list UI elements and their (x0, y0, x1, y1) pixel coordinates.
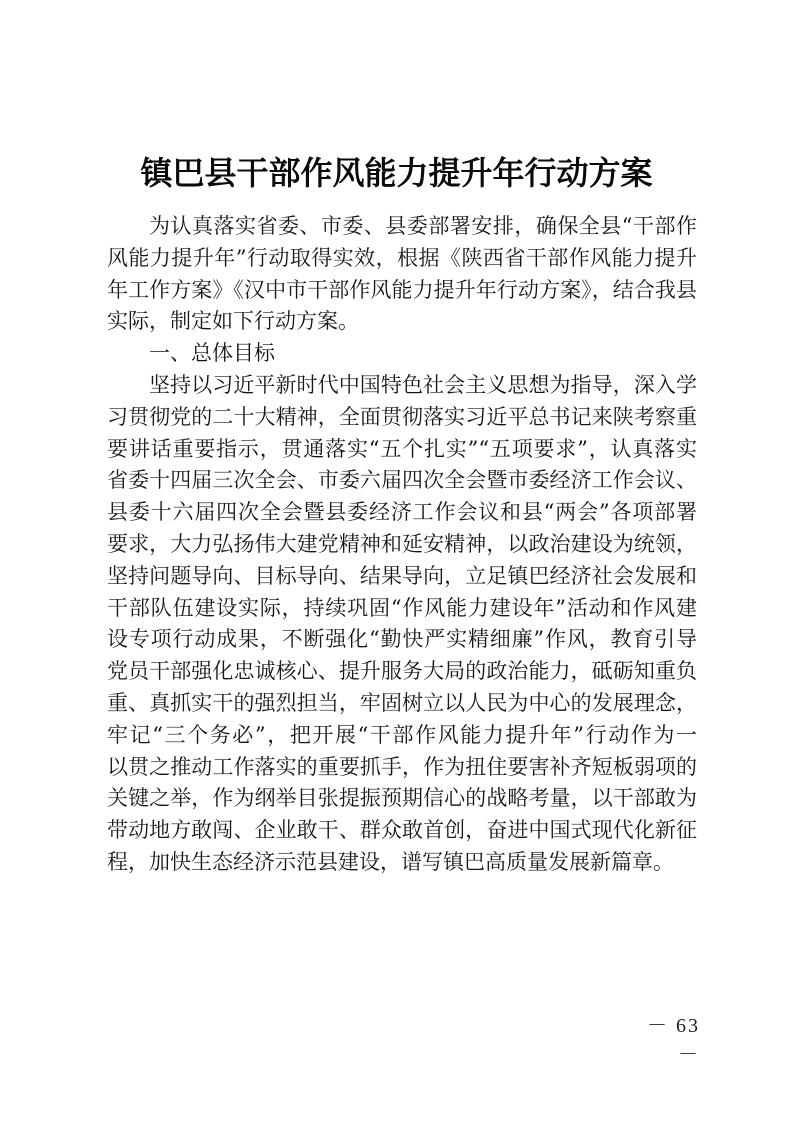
page-number: － 63 － (620, 1009, 700, 1067)
intro-line: 为认真落实省委、市委、县委部署安排，确保全县“干部作 (107, 211, 697, 243)
paragraph-line: 要讲话重要指示，贯通落实“五个扎实”“五项要求”，认真落实 (107, 434, 697, 466)
paragraph-line: 设专项行动成果，不断强化“勤快严实精细廉”作风，教育引导 (107, 624, 697, 656)
document-body: 为认真落实省委、市委、县委部署安排，确保全县“干部作 风能力提升年”行动取得实效… (107, 211, 697, 879)
paragraph-line: 党员干部强化忠诚核心、提升服务大局的政治能力，砥砺知重负 (107, 656, 697, 688)
paragraph-line: 带动地方敢闯、企业敢干、群众敢首创，奋进中国式现代化新征 (107, 815, 697, 847)
paragraph-line: 省委十四届三次全会、市委六届四次全会暨市委经济工作会议、 (107, 465, 697, 497)
section-heading: 一、总体目标 (107, 338, 697, 370)
paragraph-line: 关键之举，作为纲举目张提振预期信心的战略考量，以干部敢为 (107, 783, 697, 815)
paragraph-line: 要求，大力弘扬伟大建党精神和延安精神，以政治建设为统领， (107, 529, 697, 561)
intro-line: 风能力提升年”行动取得实效，根据《陕西省干部作风能力提升 (107, 243, 697, 275)
paragraph-line: 程，加快生态经济示范县建设，谱写镇巴高质量发展新篇章。 (107, 847, 697, 879)
paragraph-line: 坚持以习近平新时代中国特色社会主义思想为指导，深入学 (107, 370, 697, 402)
paragraph-line: 牢记“三个务必”，把开展“干部作风能力提升年”行动作为一 (107, 720, 697, 752)
intro-line: 年工作方案》《汉中市干部作风能力提升年行动方案》，结合我县 (107, 275, 697, 307)
paragraph-line: 以贯之推动工作落实的重要抓手，作为扭住要害补齐短板弱项的 (107, 752, 697, 784)
paragraph-line: 习贯彻党的二十大精神，全面贯彻落实习近平总书记来陕考察重 (107, 402, 697, 434)
intro-line: 实际，制定如下行动方案。 (107, 306, 697, 338)
paragraph-line: 坚持问题导向、目标导向、结果导向，立足镇巴经济社会发展和 (107, 561, 697, 593)
document-page: 镇巴县干部作风能力提升年行动方案 为认真落实省委、市委、县委部署安排，确保全县“… (0, 0, 793, 1122)
document-title: 镇巴县干部作风能力提升年行动方案 (0, 149, 793, 197)
paragraph-line: 县委十六届四次全会暨县委经济工作会议和县“两会”各项部署 (107, 497, 697, 529)
paragraph-line: 干部队伍建设实际，持续巩固“作风能力建设年”活动和作风建 (107, 593, 697, 625)
paragraph-line: 重、真抓实干的强烈担当，牢固树立以人民为中心的发展理念， (107, 688, 697, 720)
